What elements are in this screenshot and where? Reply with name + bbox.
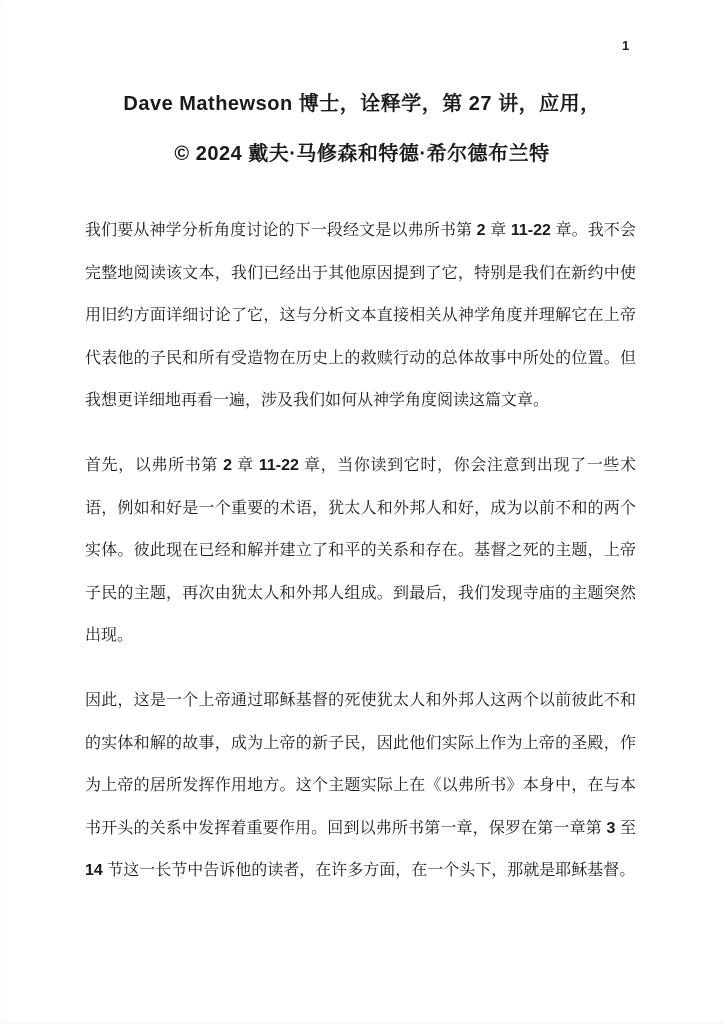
paragraph-line: 出现。 <box>85 615 636 658</box>
page-number: 1 <box>622 38 629 53</box>
paragraph-line: 完整地阅读该文本，我们已经出于其他原因提到了它，特别是我们在新约中使 <box>85 253 636 296</box>
paragraph-line: 为上帝的居所发挥作用地方。这个主题实际上在《以弗所书》本身中，在与本 <box>85 765 636 808</box>
document-title: Dave Mathewson 博士，诠释学，第 27 讲，应用， © 2024 … <box>0 79 724 179</box>
document-body: 我们要从神学分析角度讨论的下一段经文是以弗所书第 2 章 11-22 章。我不会… <box>85 210 636 893</box>
paragraph-line: 实体。彼此现在已经和解并建立了和平的关系和存在。基督之死的主题，上帝 <box>85 530 636 573</box>
paragraph: 我们要从神学分析角度讨论的下一段经文是以弗所书第 2 章 11-22 章。我不会… <box>85 210 636 423</box>
paragraph-line: 书开头的关系中发挥着重要作用。回到以弗所书第一章，保罗在第一章第 3 至 <box>85 808 636 851</box>
paragraph: 因此，这是一个上帝通过耶稣基督的死使犹太人和外邦人这两个以前彼此不和的实体和解的… <box>85 680 636 893</box>
paragraph-line: 首先，以弗所书第 2 章 11-22 章，当你读到它时，你会注意到出现了一些术 <box>85 445 636 488</box>
title-line-2: © 2024 戴夫·马修森和特德·希尔德布兰特 <box>0 129 724 179</box>
title-line-1: Dave Mathewson 博士，诠释学，第 27 讲，应用， <box>0 79 724 129</box>
paragraph-line: 14 节这一长节中告诉他的读者，在许多方面，在一个头下，那就是耶稣基督。 <box>85 850 636 893</box>
paragraph-line: 我想更详细地再看一遍，涉及我们如何从神学角度阅读这篇文章。 <box>85 380 636 423</box>
paragraph-line: 的实体和解的故事，成为上帝的新子民，因此他们实际上作为上帝的圣殿，作 <box>85 723 636 766</box>
paragraph-line: 我们要从神学分析角度讨论的下一段经文是以弗所书第 2 章 11-22 章。我不会 <box>85 210 636 253</box>
paragraph-line: 代表他的子民和所有受造物在历史上的救赎行动的总体故事中所处的位置。但 <box>85 338 636 381</box>
document-page: 1 Dave Mathewson 博士，诠释学，第 27 讲，应用， © 202… <box>0 0 724 1024</box>
paragraph-line: 用旧约方面详细讨论了它，这与分析文本直接相关从神学角度并理解它在上帝 <box>85 295 636 338</box>
paragraph-line: 因此，这是一个上帝通过耶稣基督的死使犹太人和外邦人这两个以前彼此不和 <box>85 680 636 723</box>
paragraph-line: 子民的主题，再次由犹太人和外邦人组成。到最后，我们发现寺庙的主题突然 <box>85 573 636 616</box>
paragraph: 首先，以弗所书第 2 章 11-22 章，当你读到它时，你会注意到出现了一些术语… <box>85 445 636 658</box>
paragraph-line: 语，例如和好是一个重要的术语，犹太人和外邦人和好，成为以前不和的两个 <box>85 488 636 531</box>
